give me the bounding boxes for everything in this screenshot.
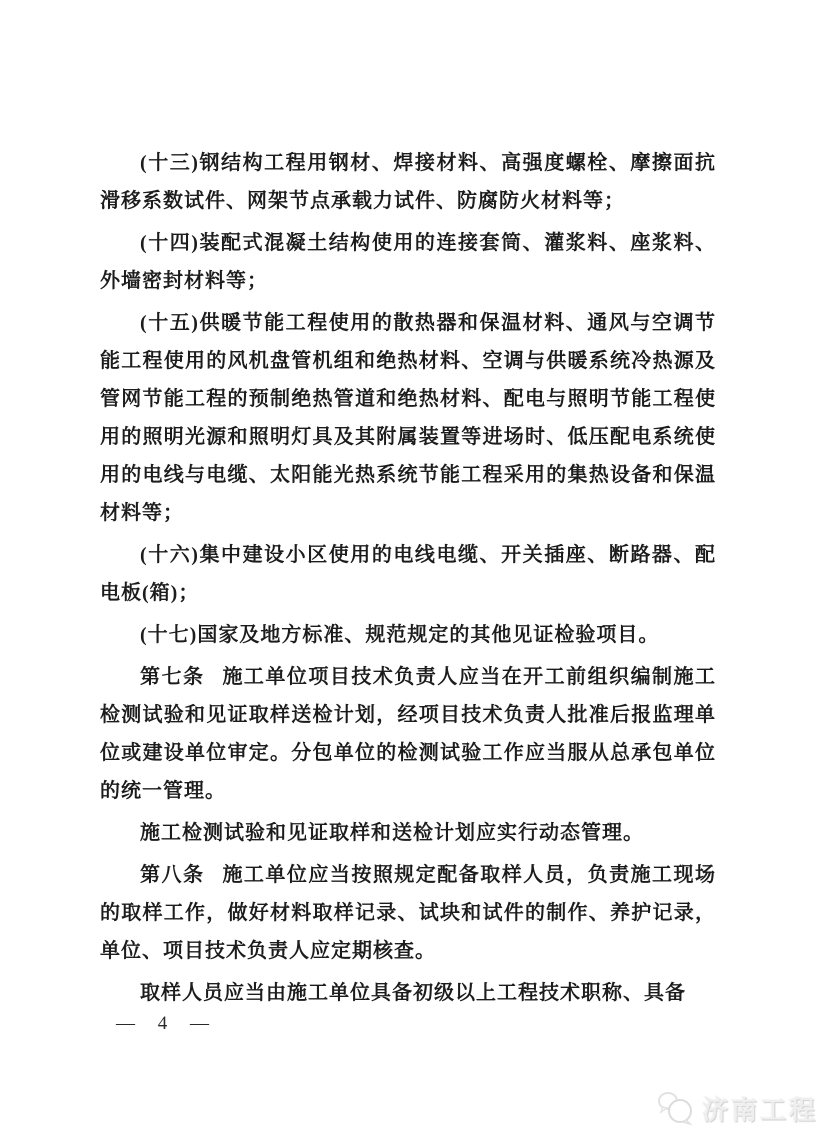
article-8-heading: 第八条	[140, 864, 204, 886]
sampler-qualification-paragraph: 取样人员应当由施工单位具备初级以上工程技术职称、具备	[100, 974, 716, 1012]
clause-item-16: (十六)集中建设小区使用的电线电缆、开关插座、断路器、配电板(箱)；	[100, 536, 716, 612]
page-number: — 4 —	[116, 1013, 211, 1035]
document-page: (十三)钢结构工程用钢材、焊接材料、高强度螺栓、摩擦面抗滑移系数试件、网架节点承…	[0, 0, 816, 1145]
clause-item-17: (十七)国家及地方标准、规范规定的其他见证检验项目。	[100, 616, 716, 654]
article-7-heading: 第七条	[140, 666, 204, 688]
clause-item-15-text: (十五)供暖节能工程使用的散热器和保温材料、通风与空调节能工程使用的风机盘管机组…	[100, 312, 716, 524]
speech-bubbles-logo-icon	[656, 1091, 696, 1127]
clause-item-17-text: (十七)国家及地方标准、规范规定的其他见证检验项目。	[140, 624, 659, 646]
clause-item-14-text: (十四)装配式混凝土结构使用的连接套筒、灌浆料、座浆料、外墙密封材料等；	[100, 232, 716, 292]
article-7-paragraph: 第七条施工单位项目技术负责人应当在开工前组织编制施工检测试验和见证取样送检计划，…	[100, 658, 716, 810]
clause-item-16-text: (十六)集中建设小区使用的电线电缆、开关插座、断路器、配电板(箱)；	[100, 544, 716, 604]
publisher-watermark: 济南工程	[656, 1090, 816, 1127]
watermark-label: 济南工程	[702, 1090, 816, 1127]
clause-item-13: (十三)钢结构工程用钢材、焊接材料、高强度螺栓、摩擦面抗滑移系数试件、网架节点承…	[100, 144, 716, 220]
dynamic-management-paragraph: 施工检测试验和见证取样和送检计划应实行动态管理。	[100, 814, 716, 852]
clause-item-13-text: (十三)钢结构工程用钢材、焊接材料、高强度螺栓、摩擦面抗滑移系数试件、网架节点承…	[100, 152, 716, 212]
article-8-paragraph: 第八条施工单位应当按照规定配备取样人员，负责施工现场的取样工作，做好材料取样记录…	[100, 856, 716, 970]
clause-item-15: (十五)供暖节能工程使用的散热器和保温材料、通风与空调节能工程使用的风机盘管机组…	[100, 304, 716, 532]
clause-item-14: (十四)装配式混凝土结构使用的连接套筒、灌浆料、座浆料、外墙密封材料等；	[100, 224, 716, 300]
document-text-block: (十三)钢结构工程用钢材、焊接材料、高强度螺栓、摩擦面抗滑移系数试件、网架节点承…	[100, 144, 716, 1016]
dynamic-management-text: 施工检测试验和见证取样和送检计划应实行动态管理。	[140, 822, 644, 844]
sampler-qualification-text: 取样人员应当由施工单位具备初级以上工程技术职称、具备	[140, 982, 686, 1004]
